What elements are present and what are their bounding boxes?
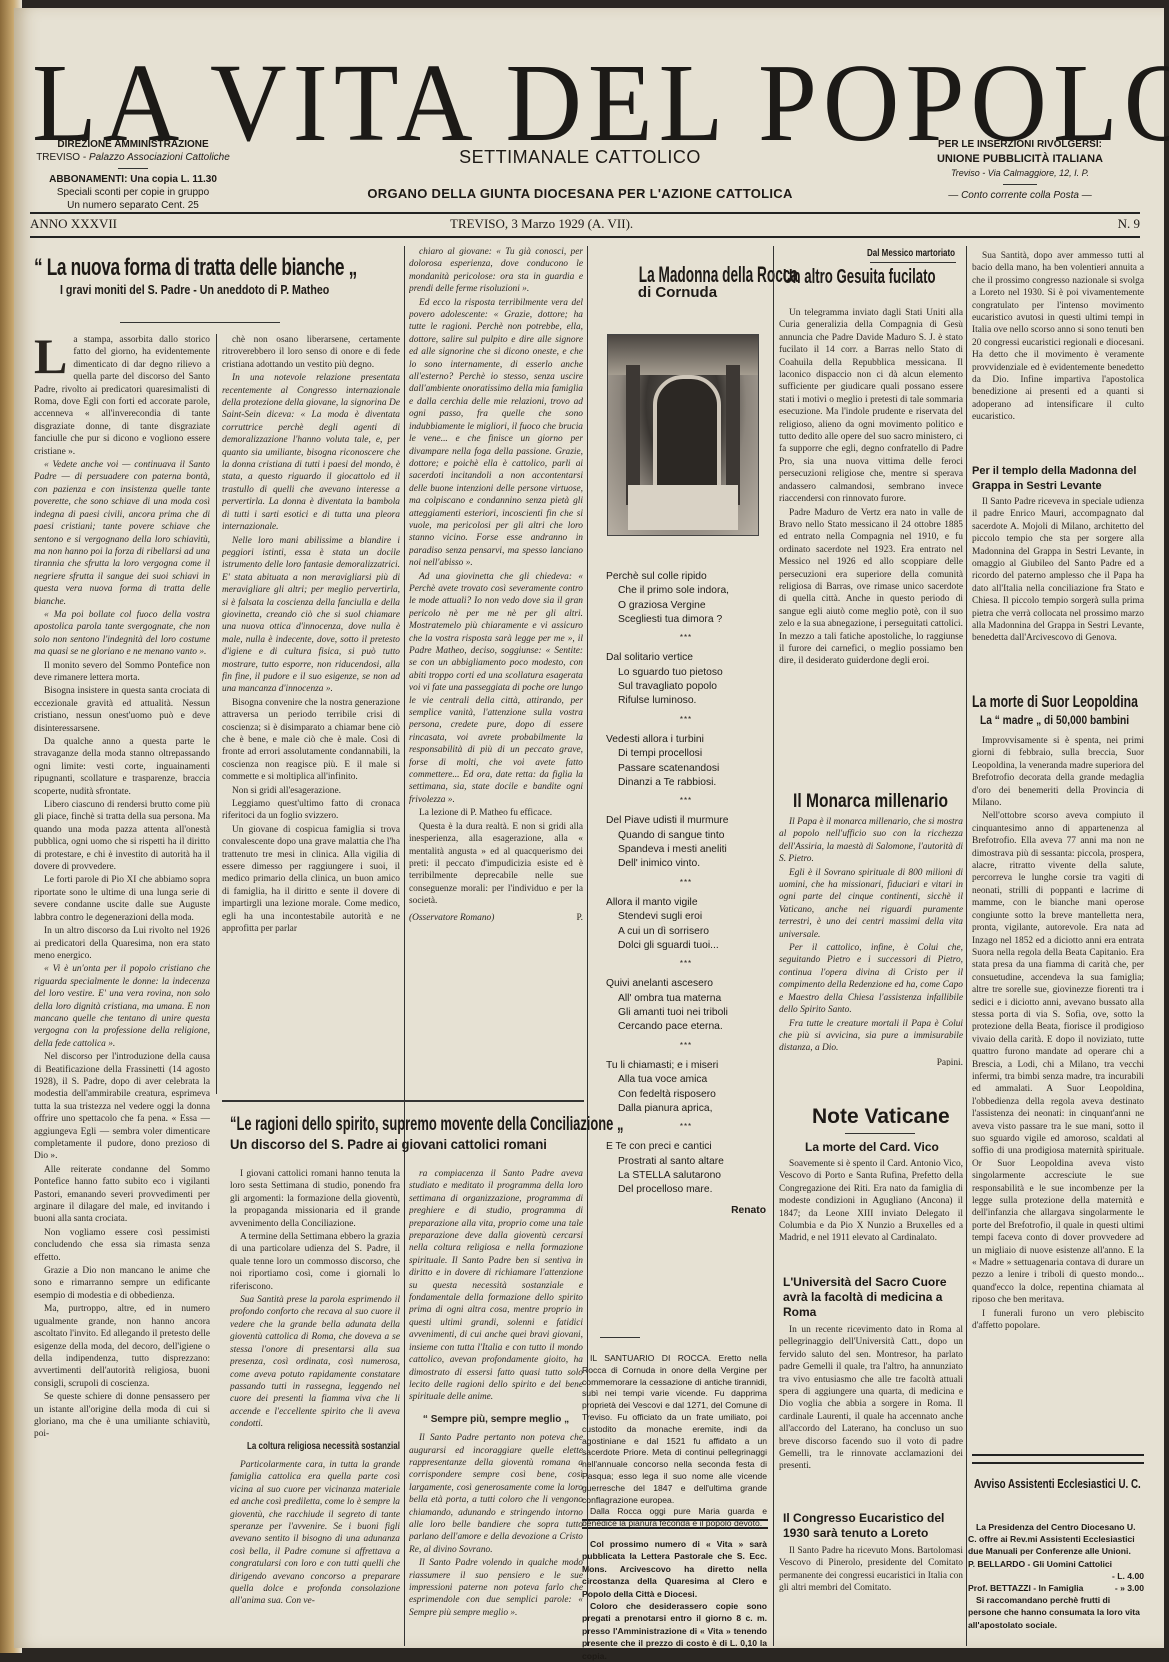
ads-label: PER LE INSERZIONI RIVOLGERSI: (900, 138, 1140, 152)
paragraphs: Sua Santità, dopo aver ammesso tutti al … (972, 250, 1144, 424)
headline-avviso: Avviso Assistenti Ecclesiastici U. C. (974, 1476, 1141, 1491)
headline-gesuita: Un altro Gesuita fucilato (783, 266, 936, 289)
article-conciliazione-col1: I giovani cattolici romani hanno tenuta … (230, 1168, 400, 1648)
subhead-sempre: “ Sempre più, sempre meglio „ (409, 1414, 583, 1426)
avviso-footer: Si raccomandano perchè frutti di persone… (968, 1594, 1144, 1631)
verse-line: O graziosa Vergine (606, 599, 766, 613)
verse-line: Allora il manto vigile (606, 896, 766, 910)
paragraph: Leggiamo quest'ultimo fatto di cronaca r… (222, 798, 400, 823)
column-rule (404, 246, 405, 1646)
paragraph: Ma, purtroppo, altre, ed in numero ugual… (34, 1303, 210, 1390)
announcement-box: Col prossimo numero di « Vita » sarà pub… (582, 1538, 767, 1653)
verse-line: Lo sguardo tuo pietoso (606, 666, 766, 680)
avviso-body: La Presidenza del Centro Diocesano U. C.… (968, 1521, 1144, 1558)
divider (222, 1100, 584, 1102)
stanza: Quivi anelanti asceseroAll' ombra tua ma… (606, 977, 766, 1034)
verse-line: Quivi anelanti ascesero (606, 977, 766, 991)
volume-year: ANNO XXXVII (30, 216, 117, 232)
headline-vico: La morte del Card. Vico (805, 1140, 939, 1154)
verse-line: Vedesti allora i turbini (606, 733, 766, 747)
paragraphs: a stampa, assorbita dallo storico fatto … (34, 334, 210, 1441)
paragraph: In una notevole relazione presentata rec… (222, 372, 400, 533)
subheadline-leopoldina: La “ madre „ di 50,000 bambini (980, 713, 1129, 727)
book-price: - L. 4.00 (1112, 1570, 1144, 1582)
verse-line: Dalla pianura aprica, (606, 1102, 766, 1116)
paragraph: Ed ecco la risposta terribilmente vera d… (409, 297, 583, 570)
paragraphs: ra compiacenza il Santo Padre aveva stud… (409, 1168, 583, 1404)
paragraph: Libero ciascuno di rendersi brutto come … (34, 799, 210, 873)
article-congresso: Il Santo Padre ha ricevuto Mons. Bartolo… (779, 1545, 963, 1645)
verse-line: Perchè sul colle ripido (606, 570, 766, 584)
header-left-info: DIREZIONE AMMINISTRAZIONE TREVISO - Pala… (28, 138, 238, 212)
book-item: Prof. BETTAZZI - In Famiglia - » 3.00 (968, 1582, 1144, 1594)
paragraph: I funerali furono un vero plebiscito d'a… (972, 1308, 1144, 1333)
book-title: Prof. BETTAZZI - In Famiglia (968, 1583, 1083, 1593)
headline-leopoldina: La morte di Suor Leopoldina (972, 692, 1138, 712)
book-list: P. BELLARDO - Gli Uomini Cattolici - L. … (968, 1558, 1144, 1595)
stanza: E Te con preci e canticiProstrati al san… (606, 1140, 766, 1197)
ads-agency: UNIONE PUBBLICITÀ ITALIANA (900, 152, 1140, 166)
issue-date: TREVISO, 3 Marzo 1929 (A. VII). (450, 216, 633, 232)
santuario-note: IL SANTUARIO DI ROCCA. Eretto nella Rocc… (582, 1353, 767, 1530)
paragraph: Sua Santità prese la parola esprimendo i… (230, 1294, 400, 1430)
poem: Perchè sul colle ripidoChe il primo sole… (606, 570, 766, 1218)
source-sign: P. (576, 912, 583, 924)
postal-account: — Conto corrente colla Posta — (900, 189, 1140, 203)
verse-line: Prostrati al santo altare (606, 1155, 766, 1169)
stanza-separator: *** (606, 957, 766, 971)
discounts: Speciali sconti per copie in gruppo (28, 186, 238, 199)
paragraph: ra compiacenza il Santo Padre aveva stud… (409, 1168, 583, 1404)
verse-line: Sul travagliato popolo (606, 680, 766, 694)
paragraph: chè non osano liberarsene, certamente ri… (222, 334, 400, 371)
verse-line: Spandeva i mesti aneliti (606, 843, 766, 857)
paragraph: Nel discorso per l'introduzione della ca… (34, 1051, 210, 1163)
stanza-separator: *** (606, 631, 766, 645)
verse-line: Passare scatenandosi (606, 762, 766, 776)
paragraph: « Ma poi bollate col fuoco della vostra … (34, 609, 210, 659)
double-rule (582, 1519, 768, 1529)
paragraphs: chiaro al giovane: « Tu già conosci, per… (409, 246, 583, 908)
paragraph: Soavemente si è spento il Card. Antonio … (779, 1158, 963, 1245)
paragraph: Per il cattolico, infine, è Colui che, s… (779, 942, 963, 1016)
stanza-separator: *** (606, 713, 766, 727)
paragraph: Bisogna convenire che la nostra generazi… (222, 697, 400, 784)
paragraphs: In un recente ricevimento dato in Roma a… (779, 1324, 963, 1473)
article-tratta-col1: L a stampa, assorbita dallo storico fatt… (34, 334, 210, 1649)
divider (870, 262, 956, 263)
headline-conciliazione: “Le ragioni dello spirito, supremo moven… (230, 1114, 623, 1136)
stanza: Perchè sul colle ripidoChe il primo sole… (606, 570, 766, 627)
verse-line: Dal solitario vertice (606, 651, 766, 665)
headline-monarca: Il Monarca millenario (793, 791, 948, 813)
paragraphs: Particolarmente cara, in tutta la grande… (230, 1459, 400, 1608)
paragraphs: Improvvisamente si è spenta, nei primi g… (972, 735, 1144, 1333)
paragraph: Sua Santità, dopo aver ammesso tutti al … (972, 250, 1144, 424)
dropcap: L (34, 336, 67, 376)
verse-line: Gli amanti tuoi nei triboli (606, 1006, 766, 1020)
verse-line: Dell' inimico vinto. (606, 857, 766, 871)
subhead-coltura: La coltura religiosa necessità sostanzia… (247, 1441, 383, 1453)
book-item: P. BELLARDO - Gli Uomini Cattolici - L. … (968, 1558, 1144, 1582)
verse-line: Con fedeltà risposero (606, 1088, 766, 1102)
article-tratta-col2: chè non osano liberarsene, certamente ri… (222, 334, 400, 1094)
double-rule (972, 1454, 1144, 1464)
verse-line: Tu li chiamasti; e i miseri (606, 1059, 766, 1073)
article-monarca: Il Papa è il monarca millenario, che si … (779, 816, 963, 1066)
stanza-separator: *** (606, 1039, 766, 1053)
paragraph: chiaro al giovane: « Tu già conosci, per… (409, 246, 583, 296)
paragraph: Coloro che desiderassero copie sono preg… (582, 1600, 767, 1653)
stanza: Tu li chiamasti; e i miseriAlla tua voce… (606, 1059, 766, 1116)
verse-line: A cui un dì sorrisero (606, 925, 766, 939)
headline-tratta: “ La nuova forma di tratta delle bianche… (34, 254, 308, 282)
book-price: - » 3.00 (1115, 1582, 1144, 1594)
verse-line: Dolci gli sguardi tuoi... (606, 939, 766, 953)
altar-photo (607, 334, 759, 536)
headline-congresso: Il Congresso Eucaristico del 1930 sarà t… (783, 1511, 963, 1541)
paragraph: A termine della Settimana ebbero la graz… (230, 1231, 400, 1293)
article-tempio: Il Santo Padre riceveva in speciale udie… (972, 496, 1144, 686)
paragraph: Da qualche anno a questa parte le strava… (34, 736, 210, 798)
verse-line: E Te con preci e cantici (606, 1140, 766, 1154)
article-congresso-cont: Sua Santità, dopo aver ammesso tutti al … (972, 250, 1144, 440)
article-conciliazione-col2: ra compiacenza il Santo Padre aveva stud… (409, 1168, 583, 1648)
ads-address: Treviso - Via Calmaggiore, 12, I. P. (900, 166, 1140, 180)
paragraphs: Il Santo Padre riceveva in speciale udie… (972, 496, 1144, 645)
divider (118, 168, 148, 169)
verse-line: Dinanzi a Te rabbiosi. (606, 776, 766, 790)
article-vico: Soavemente si è spento il Card. Antonio … (779, 1158, 963, 1268)
article-gesuita: Un telegramma inviato dagli Stati Uniti … (779, 307, 963, 777)
paragraphs: Il Santo Padre ha ricevuto Mons. Bartolo… (779, 1545, 963, 1595)
paragraphs: Un telegramma inviato dagli Stati Uniti … (779, 307, 963, 668)
paragraphs: chè non osano liberarsene, certamente ri… (222, 334, 400, 936)
paragraph: Grazie a Dio non mancano le anime che so… (34, 1265, 210, 1302)
address-place: Palazzo Associazioni Cattoliche (89, 152, 230, 163)
article-leopoldina: Improvvisamente si è spenta, nei primi g… (972, 735, 1144, 1443)
dateline-rule-top (30, 212, 1140, 214)
stanza: Allora il manto vigileStendevi sugli ero… (606, 896, 766, 953)
subtitle: SETTIMANALE CATTOLICO (300, 147, 860, 168)
paragraph: Nell'ottobre scorso aveva compiuto il ci… (972, 810, 1144, 1306)
paragraph: Questa è la dura realtà. E non si gridi … (409, 821, 583, 908)
ornament-divider (845, 1133, 915, 1134)
stanza-separator: *** (606, 794, 766, 808)
paragraph: Egli è il Sovrano spirituale di 800 mili… (779, 867, 963, 941)
paragraphs: Soavemente si è spento il Card. Antonio … (779, 1158, 963, 1245)
paragraph: Particolarmente cara, in tutta la grande… (230, 1459, 400, 1608)
organ-line: ORGANO DELLA GIUNTA DIOCESANA PER L'AZIO… (300, 186, 860, 201)
paragraph: « Vi è un'onta per il popolo cristiano c… (34, 963, 210, 1050)
verse-line: Scegliesti tua dimora ? (606, 613, 766, 627)
paragraph: La lezione di P. Matheo fu efficace. (409, 807, 583, 819)
paragraph: Fra tutte le creature mortali il Papa è … (779, 1018, 963, 1055)
verse-line: La STELLA salutarono (606, 1169, 766, 1183)
paragraph: I giovani cattolici romani hanno tenuta … (230, 1168, 400, 1230)
stanza-separator: *** (606, 876, 766, 890)
paragraph: Se queste schiere di donne pensassero pe… (34, 1391, 210, 1441)
verse-line: Quando di sangue tinto (606, 829, 766, 843)
headline-tempio: Per il templo della Madonna del Grappa i… (972, 464, 1144, 494)
masthead-title: LA VITA DEL POPOLO (32, 56, 1142, 151)
issue-number: N. 9 (1118, 216, 1140, 232)
madonna-title: La Madonna della Rocca (639, 262, 798, 288)
paragraph: Il Santo Padre ha ricevuto Mons. Bartolo… (779, 1545, 963, 1595)
verse-line: Rifulse luminoso. (606, 694, 766, 708)
subheadline-tratta: I gravi moniti del S. Padre - Un aneddot… (60, 282, 329, 297)
header-center: SETTIMANALE CATTOLICO ORGANO DELLA GIUNT… (300, 147, 860, 201)
paragraph: Il Santo Padre riceveva in speciale udie… (972, 496, 1144, 645)
paragraph: Padre Maduro de Vertz era nato in valle … (779, 507, 963, 668)
madonna-header: La Madonna della Rocca di Cornuda (590, 262, 765, 301)
article-universita: In un recente ricevimento dato in Roma a… (779, 1324, 963, 1494)
verse-line: Cercando pace eterna. (606, 1020, 766, 1034)
paragraph: Non si gridi all'esagerazione. (222, 785, 400, 797)
paragraph: Improvvisamente si è spenta, nei primi g… (972, 735, 1144, 809)
paragraph: « Vedete anche voi — continuava il Santo… (34, 459, 210, 608)
verse-line: All' ombra tua materna (606, 992, 766, 1006)
paragraph: Le forti parole di Pio XI che abbiamo so… (34, 874, 210, 924)
stanza-separator: *** (606, 1120, 766, 1134)
divider (120, 322, 280, 323)
paragraph: Il monito severo del Sommo Pontefice non… (34, 660, 210, 685)
stanza: Del Piave udisti il murmureQuando di san… (606, 814, 766, 871)
paragraph: Nelle loro mani abilissime a blandire i … (222, 535, 400, 696)
poem-author: Renato (606, 1204, 766, 1218)
paragraph: Il Santo Padre volendo in qualche modo r… (409, 1557, 583, 1619)
paragraph: Un giovane di cospicua famiglia si trova… (222, 824, 400, 936)
divider (600, 1337, 640, 1338)
paragraph: IL SANTUARIO DI ROCCA. Eretto nella Rocc… (582, 1353, 767, 1506)
subheadline-conciliazione: Un discorso del S. Padre ai giovani catt… (230, 1136, 547, 1152)
section-note-vaticane: Note Vaticane (812, 1105, 950, 1129)
stanza: Dal solitario verticeLo sguardo tuo piet… (606, 651, 766, 708)
headline-universita: L'Università del Sacro Cuore avrà la fac… (783, 1275, 963, 1320)
article-source: (Osservatore Romano) P. (409, 912, 583, 924)
paragraph: Il Santo Padre pertanto non poteva che a… (409, 1432, 583, 1556)
paragraphs: I giovani cattolici romani hanno tenuta … (230, 1168, 400, 1431)
column-rule (216, 334, 217, 1094)
direzione-label: DIREZIONE AMMINISTRAZIONE (28, 138, 238, 151)
signature: Papini. (779, 1057, 963, 1066)
avviso-box: La Presidenza del Centro Diocesano U. C.… (968, 1521, 1144, 1631)
paragraph: Ad una giovinetta che gli chiedeva: « Pe… (409, 571, 583, 807)
verse-line: Alla tua voce amica (606, 1073, 766, 1087)
paragraph: Il Papa è il monarca millenario, che si … (779, 816, 963, 866)
verse-line: Del Piave udisti il murmure (606, 814, 766, 828)
paragraph: Alle reiterate condanne del Sommo Pontef… (34, 1164, 210, 1226)
single-issue-price: Un numero separato Cent. 25 (28, 199, 238, 212)
stanza: Vedesti allora i turbiniDi tempi procell… (606, 733, 766, 790)
address: TREVISO - Palazzo Associazioni Cattolich… (28, 151, 238, 164)
paragraph: Un telegramma inviato dagli Stati Uniti … (779, 307, 963, 506)
paragraph: Bisogna insistere in questa santa crocia… (34, 685, 210, 735)
article-tratta-col3: chiaro al giovane: « Tu già conosci, per… (409, 246, 583, 1076)
paragraph: In un altro discorso da Lui rivolto nel … (34, 925, 210, 962)
paragraphs: Il Santo Padre pertanto non poteva che a… (409, 1432, 583, 1619)
address-city: TREVISO - (36, 152, 89, 163)
paragraph: Non vogliamo essere così pessimisti conc… (34, 1227, 210, 1264)
paragraph: Col prossimo numero di « Vita » sarà pub… (582, 1538, 767, 1600)
source-name: (Osservatore Romano) (409, 912, 494, 924)
column-rule (773, 246, 774, 1646)
verse-line: Stendevi sugli eroi (606, 910, 766, 924)
kicker-mexico: Dal Messico martoriato (867, 248, 955, 259)
verse-line: Di tempi procellosi (606, 747, 766, 761)
dateline-rule-bottom (30, 236, 1140, 238)
subscriptions: ABBONAMENTI: Una copia L. 11.30 (28, 173, 238, 186)
paragraphs: Il Papa è il monarca millenario, che si … (779, 816, 963, 1055)
header-right-info: PER LE INSERZIONI RIVOLGERSI: UNIONE PUB… (900, 138, 1140, 203)
verse-line: Che il primo sole indora, (606, 584, 766, 598)
dateline: ANNO XXXVII TREVISO, 3 Marzo 1929 (A. VI… (30, 216, 1140, 232)
divider (1003, 184, 1037, 185)
column-rule (966, 246, 967, 1646)
verse-line: Del procelloso mare. (606, 1183, 766, 1197)
paragraph: In un recente ricevimento dato in Roma a… (779, 1324, 963, 1473)
book-title: P. BELLARDO - Gli Uomini Cattolici (968, 1559, 1112, 1569)
